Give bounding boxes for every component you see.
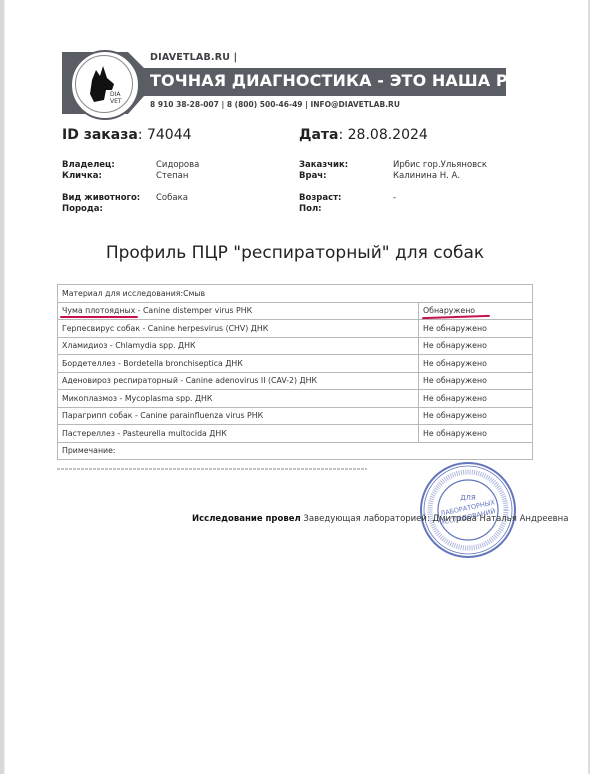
sex-label: Пол:	[299, 204, 322, 215]
table-row: Хламидиоз - Chlamydia spp. ДНКНе обнаруж…	[58, 337, 533, 355]
material-row: Материал для исследования:Смыв	[58, 285, 533, 303]
material-cell: Материал для исследования:Смыв	[58, 285, 533, 303]
test-result: Не обнаружено	[419, 407, 533, 425]
test-result: Не обнаружено	[419, 390, 533, 408]
report-title: Профиль ПЦР "респираторный" для собак	[0, 243, 590, 263]
order-id: ID заказа: 74044	[62, 127, 192, 143]
test-result: Не обнаружено	[419, 320, 533, 338]
lab-stamp-icon: ДЛЯ ЛАБОРАТОРНЫХ ИССЛЕДОВАНИЙ	[418, 460, 518, 560]
order-date-value: : 28.08.2024	[338, 127, 427, 143]
client-label: Заказчик:	[299, 160, 348, 171]
table-row: Бордетеллез - Bordetella bronchiseptica …	[58, 355, 533, 373]
order-date-label: Дата	[299, 127, 338, 143]
owner-label: Владелец:	[62, 160, 115, 171]
test-name: Хламидиоз - Chlamydia spp. ДНК	[58, 337, 419, 355]
slogan: ТОЧНАЯ ДИАГНОСТИКА - ЭТО НАША РАБОТА	[150, 71, 570, 90]
note-row: Примечание:	[58, 442, 533, 460]
test-name: Бордетеллез - Bordetella bronchiseptica …	[58, 355, 419, 373]
test-name: Парагрипп собак - Canine parainfluenza v…	[58, 407, 419, 425]
dog-head-icon: DIA VET	[70, 50, 136, 116]
svg-text:DIA: DIA	[110, 91, 121, 98]
test-result: Не обнаружено	[419, 355, 533, 373]
signature-label: Исследование провел	[192, 514, 301, 524]
doctor-label: Врач:	[299, 171, 327, 182]
table-row: Герпесвирус собак - Canine herpesvirus (…	[58, 320, 533, 338]
order-id-label: ID заказа	[62, 127, 138, 143]
client-value: Ирбис гор.Ульяновск	[393, 160, 487, 171]
doctor-value: Калинина Н. А.	[393, 171, 460, 182]
signature-text: Заведующая лабораторией: Дмитрова Наталь…	[301, 514, 569, 524]
svg-text:VET: VET	[110, 98, 122, 105]
svg-text:ДЛЯ: ДЛЯ	[460, 494, 476, 502]
age-label: Возраст:	[299, 193, 341, 204]
test-result: Не обнаружено	[419, 425, 533, 443]
species-value: Собака	[156, 193, 188, 204]
test-name: Аденовироз респираторный - Canine adenov…	[58, 372, 419, 390]
signature-line: Исследование провел Заведующая лаборатор…	[192, 514, 568, 524]
site-name: DIAVETLAB.RU |	[150, 52, 237, 63]
order-id-value: : 74044	[138, 127, 192, 143]
breed-label: Порода:	[62, 204, 103, 215]
highlight-underline	[60, 316, 138, 318]
footnote-fine-print	[57, 468, 367, 470]
test-name: Пастереллез - Pasteurella multocida ДНК	[58, 425, 419, 443]
contacts: 8 910 38-28-007 | 8 (800) 500-46-49 | IN…	[150, 100, 400, 109]
order-date: Дата: 28.08.2024	[299, 127, 428, 143]
table-row: Пастереллез - Pasteurella multocida ДНКН…	[58, 425, 533, 443]
owner-value: Сидорова	[156, 160, 199, 171]
test-result: Не обнаружено	[419, 337, 533, 355]
note-cell: Примечание:	[58, 442, 533, 460]
pet-name-label: Кличка:	[62, 171, 102, 182]
page-edge	[4, 0, 5, 774]
age-value: -	[393, 193, 396, 204]
results-table: Материал для исследования:Смыв Чума плот…	[57, 284, 533, 460]
table-row: Парагрипп собак - Canine parainfluenza v…	[58, 407, 533, 425]
species-label: Вид животного:	[62, 193, 140, 204]
pet-name-value: Степан	[156, 171, 188, 182]
diavet-logo: DIA VET	[70, 50, 140, 120]
table-row: Микоплазмоз - Mycoplasma spp. ДНКНе обна…	[58, 390, 533, 408]
test-result: Не обнаружено	[419, 372, 533, 390]
test-name: Микоплазмоз - Mycoplasma spp. ДНК	[58, 390, 419, 408]
table-row: Аденовироз респираторный - Canine adenov…	[58, 372, 533, 390]
header-banner: DIA VET DIAVETLAB.RU | ТОЧНАЯ ДИАГНОСТИК…	[62, 44, 508, 122]
test-name: Герпесвирус собак - Canine herpesvirus (…	[58, 320, 419, 338]
